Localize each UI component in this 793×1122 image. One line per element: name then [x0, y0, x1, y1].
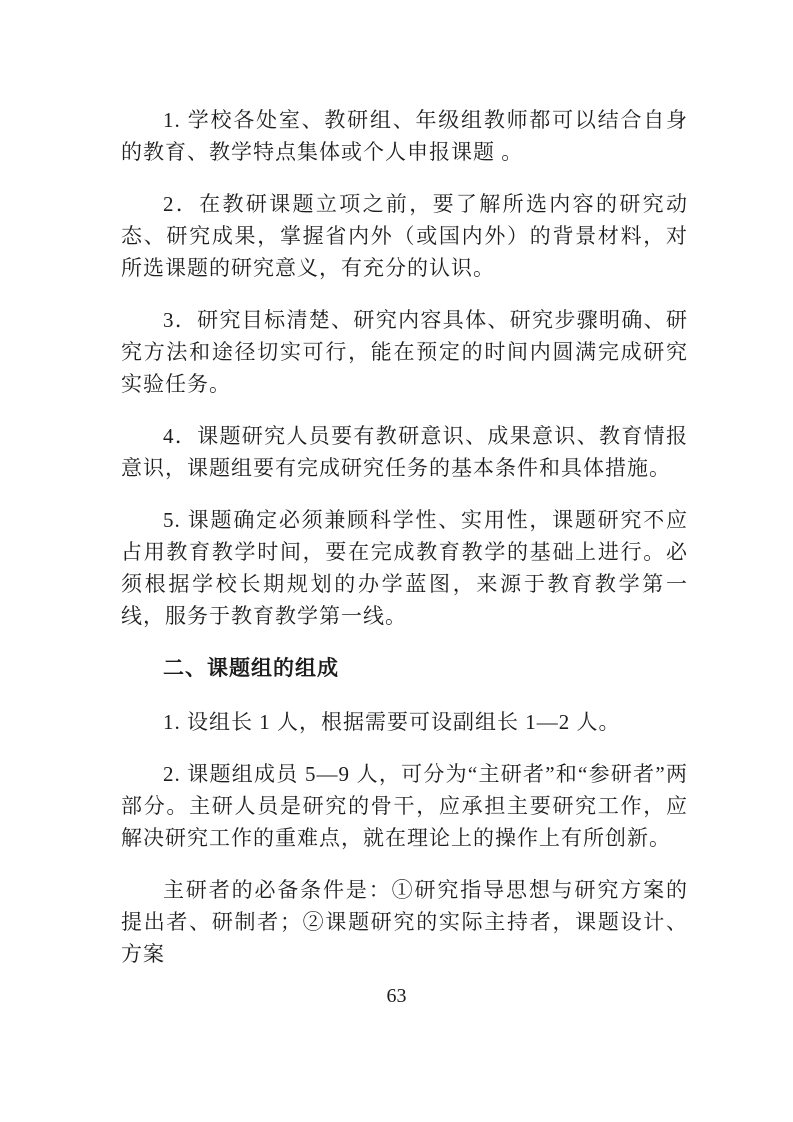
paragraph-4: 4．课题研究人员要有教研意识、成果意识、教育情报意识，课题组要有完成研究任务的基… — [121, 420, 688, 484]
paragraph-7: 2. 课题组成员 5—9 人，可分为“主研者”和“参研者”两部分。主研人员是研究… — [121, 758, 688, 854]
paragraph-3: 3．研究目标清楚、研究内容具体、研究步骤明确、研究方法和途径切实可行，能在预定的… — [121, 304, 688, 400]
document-page: 1. 学校各处室、教研组、年级组教师都可以结合自身的教育、教学特点集体或个人申报… — [0, 0, 793, 1122]
paragraph-1: 1. 学校各处室、教研组、年级组教师都可以结合自身的教育、教学特点集体或个人申报… — [121, 104, 688, 168]
paragraph-8: 主研者的必备条件是：①研究指导思想与研究方案的提出者、研制者；②课题研究的实际主… — [121, 874, 688, 970]
section-heading: 二、课题组的组成 — [121, 652, 688, 684]
paragraph-2: 2．在教研课题立项之前，要了解所选内容的研究动态、研究成果，掌握省内外（或国内外… — [121, 188, 688, 284]
document-body: 1. 学校各处室、教研组、年级组教师都可以结合自身的教育、教学特点集体或个人申报… — [121, 104, 688, 990]
page-number: 63 — [0, 984, 793, 1008]
paragraph-6: 1. 设组长 1 人，根据需要可设副组长 1—2 人。 — [121, 706, 688, 738]
paragraph-5: 5. 课题确定必须兼顾科学性、实用性，课题研究不应占用教育教学时间，要在完成教育… — [121, 504, 688, 632]
